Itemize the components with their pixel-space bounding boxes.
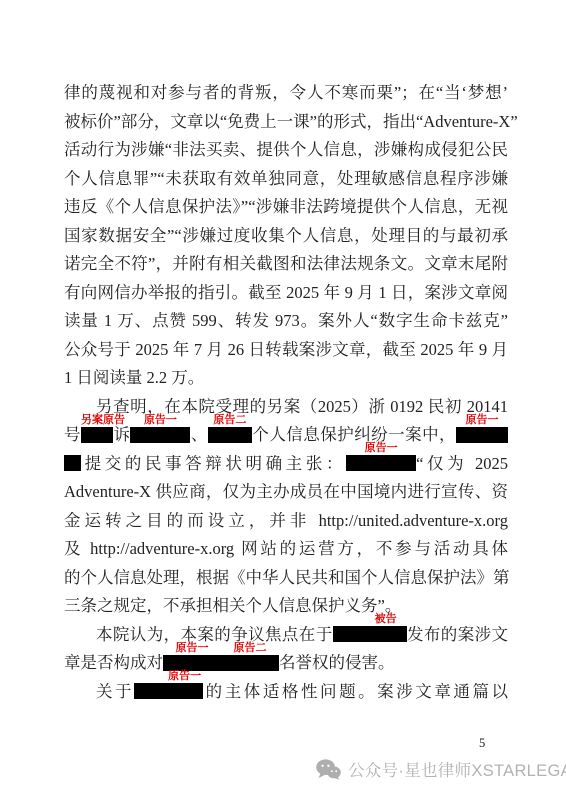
text-run: 发布的案涉文 [407,625,508,644]
text-run: Adventure-X 供应商，仅为主办成员在中国境内进行宣传、资 [64,482,508,501]
document-line: 关于原告一的主体适格性问题。案涉文章通篇以 [64,678,508,707]
watermark-text: 公众号·星也律师XSTARLEGAL [348,757,566,781]
redaction-box: 被告 [333,626,407,642]
document-body: 律的蔑视和对参与者的背叛，令人不寒而栗”；在“当‘梦想’被标价”部分，文章以“免… [64,79,508,706]
document-line: 提交的民事答辩状明确主张：原告一“仅为 2025 [64,450,508,479]
document-line: 个人信息罪”“未获取有效单独同意，处理敏感信息程序涉嫌 [64,165,508,194]
redaction-box: 另案原告 [81,427,113,443]
redaction-box: 原告一 [134,683,203,699]
text-run: 另查明，在本院受理的另案（2025）浙 0192 民初 20141 [96,397,508,416]
text-run: 金运转之目的而设立，并非 http://united.adventure-x.o… [64,511,508,530]
document-line: 国家数据安全”“涉嫌过度收集个人信息，处理目的与最初承 [64,222,508,251]
text-run: 及 http://adventure-x.org 网站的运营方，不参与活动具体 [64,539,508,558]
text-run: 号 [64,425,81,444]
watermark: 公众号·星也律师XSTARLEGAL [316,757,566,781]
text-run: 诺完全不符”，并附有相关截图和法律法规条文。文章末尾附 [64,254,508,273]
document-line: 号另案原告诉原告一、原告二个人信息保护纠纷一案中，原告一 [64,421,508,450]
text-run: 、 [190,425,207,444]
text-run: 个人信息保护纠纷一案中， [252,425,456,444]
redaction-box: 原告一 [456,427,508,443]
court-judgment-page: 律的蔑视和对参与者的背叛，令人不寒而栗”；在“当‘梦想’被标价”部分，文章以“免… [0,0,566,800]
text-run: “仅为 2025 [416,454,508,473]
text-run: 公众号于 2025 年 7 月 26 日转载案涉文章，截至 2025 年 9 月 [64,340,508,359]
document-line: 章是否构成对原告一原告二名誉权的侵害。 [64,649,508,678]
text-run: 国家数据安全”“涉嫌过度收集个人信息，处理目的与最初承 [64,226,508,245]
document-line: Adventure-X 供应商，仅为主办成员在中国境内进行宣传、资 [64,478,508,507]
text-run: 的个人信息处理，根据《中华人民共和国个人信息保护法》第 [64,568,510,587]
document-line: 被标价”部分，文章以“免费上一课”的形式，指出“Adventure-X” [64,108,508,137]
redaction-box: 原告二 [208,427,252,443]
redaction-box: 原告一 [346,455,416,471]
page-number: 5 [479,736,485,751]
document-line: 本院认为，本案的争议焦点在于被告发布的案涉文 [64,621,508,650]
text-run: 律的蔑视和对参与者的背叛，令人不寒而栗”；在“当‘梦想’ [64,83,508,102]
document-line: 金运转之目的而设立，并非 http://united.adventure-x.o… [64,507,508,536]
text-run: 三条之规定，不承担相关个人信息保护义务”。 [64,596,401,615]
document-line: 三条之规定，不承担相关个人信息保护义务”。 [64,592,508,621]
text-run: 关于 [96,682,134,701]
document-line: 违反《个人信息保护法》”“涉嫌非法跨境提供个人信息，无视 [64,193,508,222]
redaction-box: 原告一 [130,427,190,443]
document-line: 及 http://adventure-x.org 网站的运营方，不参与活动具体 [64,535,508,564]
text-run: 读量 1 万、点赞 599、转发 973。案外人“数字生命卡兹克” [64,311,508,330]
text-run: 活动行为涉嫌“非法买卖、提供个人信息，涉嫌构成侵犯公民 [64,140,508,159]
document-line: 读量 1 万、点赞 599、转发 973。案外人“数字生命卡兹克” [64,307,508,336]
text-run: 提交的民事答辩状明确主张： [81,454,346,473]
text-run: 章是否构成对 [64,653,163,672]
document-line: 1 日阅读量 2.2 万。 [64,364,508,393]
redaction-box [64,455,81,471]
text-run: 1 日阅读量 2.2 万。 [64,368,204,387]
text-run: 名誉权的侵害。 [279,653,395,672]
text-run: 有向网信办举报的指引。截至 2025 年 9 月 1 日，案涉文章阅 [64,283,508,302]
document-line: 另查明，在本院受理的另案（2025）浙 0192 民初 20141 [64,393,508,422]
document-line: 公众号于 2025 年 7 月 26 日转载案涉文章，截至 2025 年 9 月 [64,336,508,365]
redaction-box: 原告一原告二 [163,655,279,671]
text-run: 的主体适格性问题。案涉文章通篇以 [203,682,508,701]
document-line: 活动行为涉嫌“非法买卖、提供个人信息，涉嫌构成侵犯公民 [64,136,508,165]
wechat-icon [316,759,341,780]
text-run: 被标价”部分，文章以“免费上一课”的形式，指出“Adventure-X” [64,112,518,131]
document-line: 的个人信息处理，根据《中华人民共和国个人信息保护法》第 [64,564,508,593]
document-line: 有向网信办举报的指引。截至 2025 年 9 月 1 日，案涉文章阅 [64,279,508,308]
text-run: 诉 [113,425,130,444]
text-run: 个人信息罪”“未获取有效单独同意，处理敏感信息程序涉嫌 [64,169,508,188]
document-line: 律的蔑视和对参与者的背叛，令人不寒而栗”；在“当‘梦想’ [64,79,508,108]
text-run: 违反《个人信息保护法》”“涉嫌非法跨境提供个人信息，无视 [64,197,508,216]
document-line: 诺完全不符”，并附有相关截图和法律法规条文。文章末尾附 [64,250,508,279]
text-run: 本院认为，本案的争议焦点在于 [96,625,333,644]
